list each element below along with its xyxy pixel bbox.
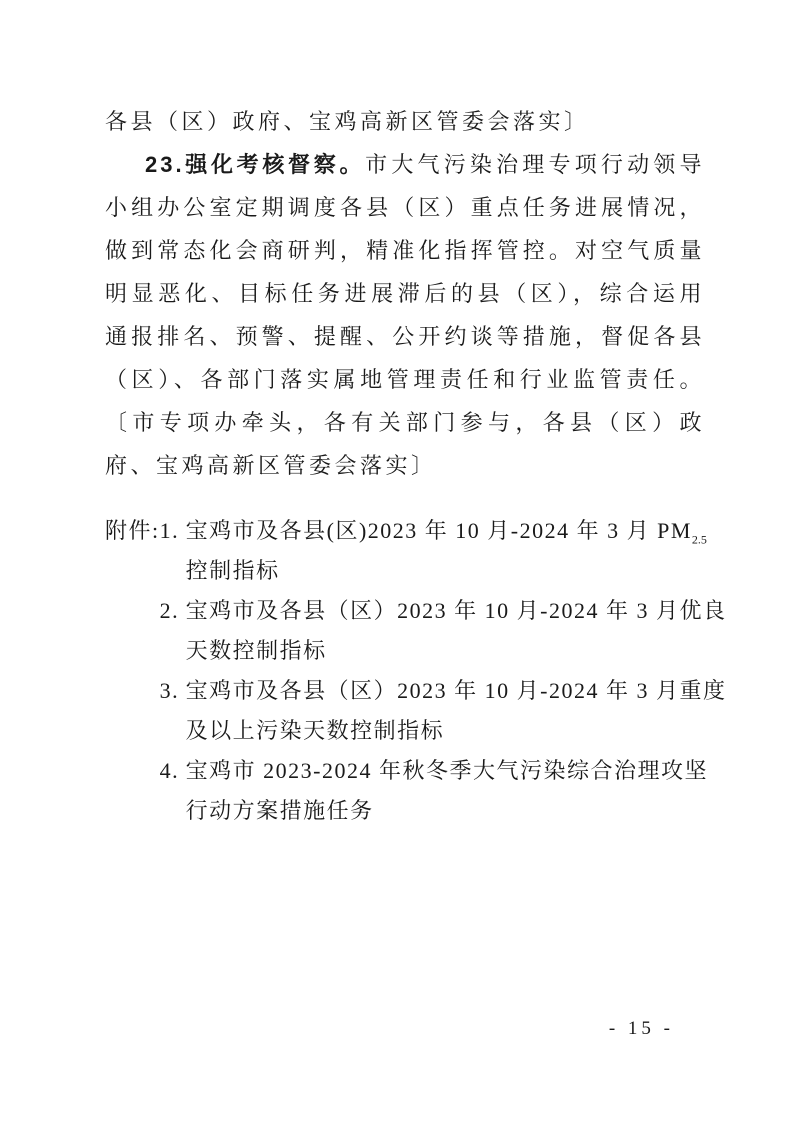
attachment-item-3: 3. 宝鸡市及各县（区）2023 年 10 月-2024 年 3 月重度及以上污… xyxy=(160,671,730,751)
document-page: 各县（区）政府、宝鸡高新区管委会落实〕 23.强化考核督察。市大气污染治理专项行… xyxy=(0,0,800,1132)
attachment-item-1-text-main: 宝鸡市及各县(区)2023 年 10 月-2024 年 3 月 PM xyxy=(186,518,692,543)
attachment-item-1-text: 宝鸡市及各县(区)2023 年 10 月-2024 年 3 月 PM2.5控制指… xyxy=(186,511,730,591)
carryover-paragraph-end: 各县（区）政府、宝鸡高新区管委会落实〕 xyxy=(105,100,705,143)
attachment-item-3-text: 宝鸡市及各县（区）2023 年 10 月-2024 年 3 月重度及以上污染天数… xyxy=(186,671,730,751)
attachment-item-1-text-tail: 控制指标 xyxy=(186,558,280,583)
attachment-item-4: 4. 宝鸡市 2023-2024 年秋冬季大气污染综合治理攻坚行动方案措施任务 xyxy=(160,751,730,831)
attachments-label: 附件: xyxy=(105,511,160,551)
attachment-item-1-subscript: 2.5 xyxy=(692,532,707,546)
paragraph-23: 23.强化考核督察。市大气污染治理专项行动领导小组办公室定期调度各县（区）重点任… xyxy=(105,143,705,487)
attachment-item-3-number: 3. xyxy=(160,671,186,711)
page-number: - 15 - xyxy=(609,1018,674,1040)
attachment-item-2-number: 2. xyxy=(160,591,186,631)
attachment-item-1-number: 1. xyxy=(160,511,186,551)
attachment-item-2-text: 宝鸡市及各县（区）2023 年 10 月-2024 年 3 月优良天数控制指标 xyxy=(186,591,730,671)
attachment-item-2: 2. 宝鸡市及各县（区）2023 年 10 月-2024 年 3 月优良天数控制… xyxy=(160,591,730,671)
attachment-item-1: 1. 宝鸡市及各县(区)2023 年 10 月-2024 年 3 月 PM2.5… xyxy=(160,511,730,591)
attachment-item-4-text: 宝鸡市 2023-2024 年秋冬季大气污染综合治理攻坚行动方案措施任务 xyxy=(186,751,730,831)
attachment-item-4-number: 4. xyxy=(160,751,186,791)
paragraph-23-body: 市大气污染治理专项行动领导小组办公室定期调度各县（区）重点任务进展情况，做到常态… xyxy=(105,152,705,478)
attachments-block: 附件: 1. 宝鸡市及各县(区)2023 年 10 月-2024 年 3 月 P… xyxy=(105,511,730,831)
paragraph-23-heading: 23.强化考核督察。 xyxy=(145,152,365,177)
attachments-list: 1. 宝鸡市及各县(区)2023 年 10 月-2024 年 3 月 PM2.5… xyxy=(160,511,730,831)
